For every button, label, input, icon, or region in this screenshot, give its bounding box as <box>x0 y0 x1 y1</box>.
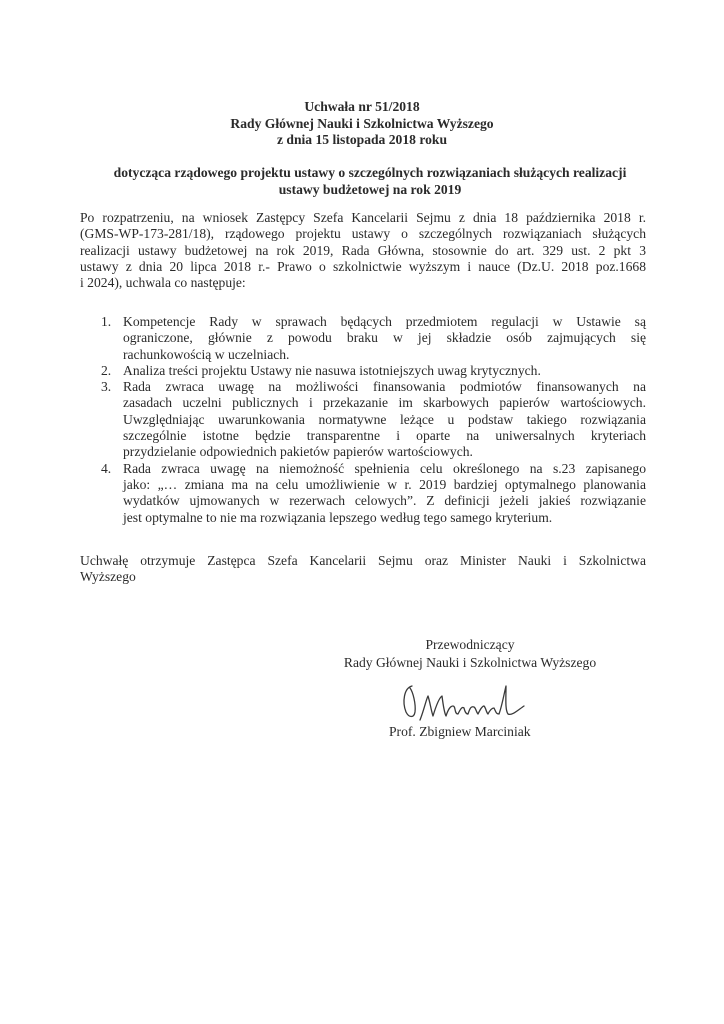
intro-line: realizacji ustawy budżetowej na rok 2019… <box>80 243 646 259</box>
intro-line: (GMS-WP-173-281/18), rządowego projektu … <box>80 226 646 242</box>
point-line: Rada zwraca uwagę na niemożność spełnien… <box>123 461 646 477</box>
point-number: 4. <box>101 461 111 477</box>
signatory-name: Prof. Zbigniew Marciniak <box>389 724 531 740</box>
resolution-subject: dotycząca rządowego projektu ustawy o sz… <box>60 165 680 198</box>
point-line: ograniczone, głównie z powodu braku w je… <box>123 330 646 346</box>
point-1: 1. Kompetencje Rady w sprawach będących … <box>101 314 646 363</box>
document-page: Uchwała nr 51/2018 Rady Głównej Nauki i … <box>0 0 724 1024</box>
distribution-line: Wyższego <box>80 569 646 585</box>
subject-line-2: ustawy budżetowej na rok 2019 <box>60 182 680 199</box>
subject-line-1: dotycząca rządowego projektu ustawy o sz… <box>60 165 680 182</box>
resolution-date: z dnia 15 listopada 2018 roku <box>0 132 724 149</box>
signatory-role: Przewodniczący <box>320 636 620 654</box>
signature-block: Przewodniczący Rady Głównej Nauki i Szko… <box>320 636 620 672</box>
point-number: 3. <box>101 379 111 395</box>
handwritten-signature-icon <box>398 680 530 724</box>
point-4: 4. Rada zwraca uwagę na niemożność spełn… <box>101 461 646 526</box>
point-line: Analiza treści projektu Ustawy nie nasuw… <box>123 363 646 379</box>
distribution-note: Uchwałę otrzymuje Zastępca Szefa Kancela… <box>80 553 646 586</box>
point-line: jako: „… zmiana ma na celu umożliwienie … <box>123 477 646 493</box>
intro-line: Po rozpatrzeniu, na wniosek Zastępcy Sze… <box>80 210 646 226</box>
point-line: Rada zwraca uwagę na możliwości finansow… <box>123 379 646 395</box>
point-2: 2. Analiza treści projektu Ustawy nie na… <box>101 363 646 379</box>
resolution-issuer: Rady Głównej Nauki i Szkolnictwa Wyższeg… <box>0 116 724 133</box>
point-line: przydzielanie odpowiednich pakietów papi… <box>123 444 646 460</box>
point-line: Kompetencje Rady w sprawach będących prz… <box>123 314 646 330</box>
intro-paragraph: Po rozpatrzeniu, na wniosek Zastępcy Sze… <box>80 210 646 291</box>
point-line: jest optymalne to nie ma rozwiązania lep… <box>123 510 646 526</box>
resolution-title: Uchwała nr 51/2018 <box>0 99 724 116</box>
point-number: 2. <box>101 363 111 379</box>
point-line: szczególnie istotne będzie transparentne… <box>123 428 646 444</box>
point-number: 1. <box>101 314 111 330</box>
resolution-header: Uchwała nr 51/2018 Rady Głównej Nauki i … <box>0 99 724 149</box>
intro-line: i 2024), uchwala co następuje: <box>80 275 646 291</box>
signatory-body: Rady Głównej Nauki i Szkolnictwa Wyższeg… <box>320 654 620 672</box>
point-line: Uwzględniając uwarunkowania normatywne l… <box>123 412 646 428</box>
distribution-line: Uchwałę otrzymuje Zastępca Szefa Kancela… <box>80 553 646 569</box>
resolution-points: 1. Kompetencje Rady w sprawach będących … <box>101 314 646 526</box>
point-line: rachunkowością w uczelniach. <box>123 347 646 363</box>
point-3: 3. Rada zwraca uwagę na możliwości finan… <box>101 379 646 460</box>
intro-line: ustawy z dnia 20 lipca 2018 r.- Prawo o … <box>80 259 646 275</box>
point-line: zasadach uczelni publicznych i przekazan… <box>123 395 646 411</box>
point-line: wydatków ujmowanych w rezerwach celowych… <box>123 493 646 509</box>
